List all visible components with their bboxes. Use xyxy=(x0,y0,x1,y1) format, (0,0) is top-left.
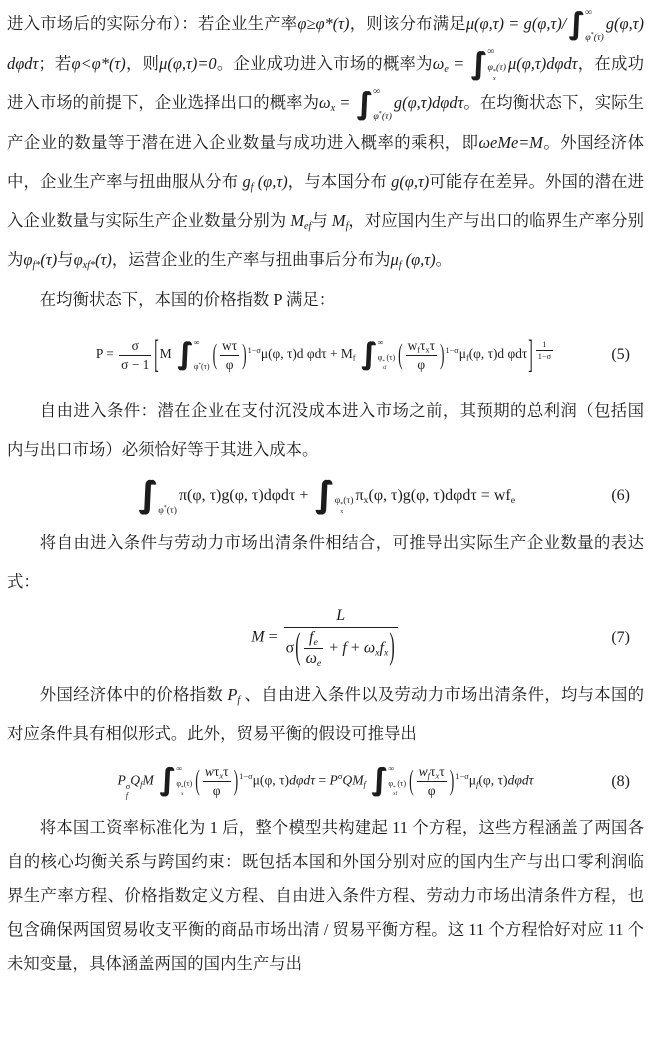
numerator: wfτxτ xyxy=(406,338,437,353)
double-integral: ∫∫∞φ*(τ) xyxy=(567,7,604,44)
math-variable: (φ,τ) xyxy=(254,172,288,191)
equation: PσfQfM ∫∫∞φ*x(τ)(wτxτφ)1−σμ(φ, τ)dφdτ = … xyxy=(7,755,644,809)
math-variable: = xyxy=(335,93,354,112)
text-run: μ xyxy=(469,772,476,787)
text-run: (τ) xyxy=(387,353,396,362)
math-variable: (τ) xyxy=(594,32,604,43)
text-run: (τ) xyxy=(343,495,353,506)
text-run: σ − 1 xyxy=(121,357,149,372)
equation-number: (6) xyxy=(611,487,630,505)
math-variable: μ(φ,τ) = g(φ,τ)/ xyxy=(466,14,567,33)
subscript: x xyxy=(340,509,343,516)
text-run: ∞ xyxy=(194,338,200,347)
denominator: σ(feωe + f + ωxfx) xyxy=(284,629,398,669)
math-variable: = xyxy=(449,54,469,73)
fraction: feωe xyxy=(304,629,324,669)
paragraph: 外国经济体中的价格指数 Pf 、自由进入条件以及劳动力市场出清条件，均与本国的对… xyxy=(7,675,644,753)
fraction: wτxτφ xyxy=(203,764,231,798)
fraction-bar xyxy=(203,781,231,782)
text-run xyxy=(366,772,369,787)
text-run: 。 xyxy=(436,250,452,269)
denominator: φ xyxy=(415,357,427,372)
stretch-bracket: ) xyxy=(242,341,246,369)
equation: M = Lσ(feωe + f + ωxfx)(7) xyxy=(7,603,644,673)
fraction-bar xyxy=(417,781,447,782)
text-run: ，与本国分布 xyxy=(288,172,391,191)
text-run: (τ) xyxy=(201,362,210,371)
text-run: 1−σ xyxy=(538,352,551,361)
text-run: 自由进入条件：潜在企业在支付沉没成本进入市场之前，其预期的总利润（包括国内与出口… xyxy=(7,401,644,459)
text-run: π xyxy=(355,487,363,504)
text-run: ，运营企业的生产率与扭曲事后分布为 xyxy=(112,250,391,269)
double-integral: ∫∫φ*x(τ) xyxy=(313,476,353,517)
text-run: (φ, τ) xyxy=(478,772,507,787)
double-integral: ∫∫∞φ*(τ) xyxy=(355,86,392,123)
text-run: P = xyxy=(96,346,117,361)
paragraph: 将本国工资率标准化为 1 后，整个模型共构建起 11 个方程，这些方程涵盖了两国… xyxy=(7,811,644,981)
double-integral: ∫∫∞φ*xf(τ) xyxy=(370,764,406,799)
integral-limits: ∞φ*xf(τ) xyxy=(388,764,406,799)
math-variable: w xyxy=(205,764,214,779)
equation-content: ∫∫φ*(τ)π(φ, τ)g(φ, τ)dφdτ + ∫∫φ*x(τ)πx(φ… xyxy=(136,476,515,517)
double-integral: ∫∫∞φ*x(τ) xyxy=(470,46,507,83)
text-run: ∞ xyxy=(378,338,384,347)
text-run: 进入市场后的实际分布）：若企业生产率 xyxy=(7,14,297,33)
math-variable: P xyxy=(227,685,237,704)
numerator: L xyxy=(334,607,347,625)
text-run: + xyxy=(325,639,342,656)
math-variable: e xyxy=(317,658,321,669)
document-page: 进入市场后的实际分布）：若企业生产率φ≥φ*(τ)，则该分布满足μ(φ,τ) =… xyxy=(0,0,651,1041)
text-run: * xyxy=(382,360,384,365)
denominator: ωe xyxy=(304,650,324,668)
text-run: ，则该分布满足 xyxy=(350,14,466,33)
math-variable: Q xyxy=(130,772,140,787)
text-run: 1 xyxy=(542,340,546,349)
math-variable: g(φ,τ)dφdτ xyxy=(394,93,463,112)
equation-content: PσfQfM ∫∫∞φ*x(τ)(wτxτφ)1−σμ(φ, τ)dφdτ = … xyxy=(117,764,533,801)
text-run: e xyxy=(511,495,515,506)
numerator: fe xyxy=(307,629,320,647)
math-variable: M xyxy=(251,629,264,646)
denominator: 1−σ xyxy=(536,352,553,361)
fraction-bar xyxy=(220,355,239,356)
text-run: φ xyxy=(428,783,436,798)
subscript: e xyxy=(511,495,515,506)
equation-number: (8) xyxy=(611,773,630,791)
paragraph: 自由进入条件：潜在企业在支付沉没成本进入市场之前，其预期的总利润（包括国内与出口… xyxy=(7,391,644,469)
integral-limits: ∞φ*(τ) xyxy=(585,7,604,44)
fraction-bar xyxy=(284,627,398,628)
text-run: w xyxy=(408,338,418,353)
upper-limit: ∞ xyxy=(176,765,192,773)
upper-limit: ∞ xyxy=(388,765,406,773)
subscript: xf xyxy=(393,792,397,798)
math-variable: ω xyxy=(319,93,331,112)
math-variable: w xyxy=(419,764,428,779)
text-run: φ xyxy=(213,783,221,798)
text-run: 1−σ xyxy=(248,346,261,355)
text-run: μ(φ, τ) xyxy=(253,772,289,787)
text-run: ，则 xyxy=(126,54,159,73)
superscript: 11−σ xyxy=(534,346,555,355)
text-run: (φ, τ)d φdτ xyxy=(469,346,528,361)
text-run: x xyxy=(340,509,343,515)
math-variable: x xyxy=(384,647,388,658)
integral-limits: ∞φ*(τ) xyxy=(373,86,392,123)
text-run: τ xyxy=(223,764,228,779)
math-variable: (τ) xyxy=(40,250,57,269)
double-integral-icon: ∫∫ xyxy=(158,765,176,797)
math-variable: φ<φ*(τ) xyxy=(72,54,126,73)
paragraph: 进入市场后的实际分布）：若企业生产率φ≥φ*(τ)，则该分布满足μ(φ,τ) =… xyxy=(7,4,644,279)
numerator: wτxτ xyxy=(203,764,231,780)
text-run: σ xyxy=(132,338,139,353)
upper-limit: ∞ xyxy=(378,339,395,347)
lower-limit: φ*(τ) xyxy=(194,363,210,371)
stretch-bracket: [ xyxy=(154,336,158,375)
subscript: x xyxy=(493,76,496,83)
math-variable: M xyxy=(332,211,346,230)
text-run xyxy=(356,346,359,361)
lower-limit: φ*x(τ) xyxy=(176,780,192,797)
integral-limits: φ*x(τ) xyxy=(335,476,354,517)
numerator: σ xyxy=(130,338,141,353)
text-run: 。企业成功进入市场的概率为 xyxy=(217,54,433,73)
fraction-bar xyxy=(406,355,437,356)
stretch-bracket: ) xyxy=(389,630,394,667)
superscript: 1−σ xyxy=(248,346,261,355)
fraction: Lσ(feωe + f + ωxfx) xyxy=(284,607,398,668)
math-variable: L xyxy=(336,607,345,624)
stretch-bracket: ( xyxy=(295,630,300,667)
math-variable: φ xyxy=(74,250,83,269)
denominator: σ − 1 xyxy=(119,357,151,372)
integral-limits: ∞φ*(τ) xyxy=(194,338,210,372)
fraction: wfτxτφ xyxy=(406,338,437,372)
fraction-bar xyxy=(304,648,324,649)
superscript: 1−σ xyxy=(239,771,253,781)
text-run: xf xyxy=(393,791,397,797)
text-run: 1−σ xyxy=(445,346,458,355)
math-variable: e xyxy=(313,637,317,648)
stretch-bracket: ) xyxy=(234,767,239,796)
text-run: = xyxy=(265,629,282,646)
subscript: xf xyxy=(382,366,386,371)
superscript: 1−σ xyxy=(445,346,458,355)
numerator: wfτxτ xyxy=(417,764,447,780)
paragraph: 在均衡状态下，本国的价格指数 P 满足： xyxy=(7,280,644,319)
math-variable: f xyxy=(126,790,128,800)
text-run: 将自由进入条件与劳动力市场出清条件相结合，可推导出实际生产企业数量的表达式： xyxy=(7,533,644,591)
text-run xyxy=(154,772,157,787)
math-variable: x xyxy=(493,76,496,82)
fraction-bar xyxy=(536,350,553,351)
math-variable: φ≥φ*(τ) xyxy=(297,14,349,33)
math-variable: P xyxy=(330,772,338,787)
text-run: M xyxy=(160,346,175,361)
equation-content: P = σσ − 1[M ∫∫∞φ*(τ)(wτφ)1−σμ(φ, τ)d φd… xyxy=(96,338,555,372)
lower-limit: φ*x(τ) xyxy=(487,63,506,83)
double-integral: ∫∫φ*(τ) xyxy=(137,476,177,517)
numerator: wτ xyxy=(220,338,239,353)
math-variable: ω xyxy=(364,639,375,656)
text-run: μ(φ, τ)d φdτ + M xyxy=(261,346,353,361)
equation: ∫∫φ*(τ)π(φ, τ)g(φ, τ)dφdτ + ∫∫φ*x(τ)πx(φ… xyxy=(7,471,644,521)
upper-limit: ∞ xyxy=(585,8,604,18)
text-run: 在均衡状态下，本国的价格指数 P 满足： xyxy=(40,290,335,309)
text-run: (τ) xyxy=(167,505,177,516)
lower-limit: φ*xf(τ) xyxy=(378,354,395,371)
math-variable: ωeMe=M xyxy=(478,133,543,152)
math-variable: μ xyxy=(391,250,399,269)
stretch-bracket: ) xyxy=(440,341,444,369)
stretch-bracket: ( xyxy=(409,767,414,796)
fraction: σσ − 1 xyxy=(119,338,151,372)
denominator: φ xyxy=(224,357,236,372)
integral-limits: ∞φ*x(τ) xyxy=(487,46,506,83)
stretch-bracket: ( xyxy=(213,341,217,369)
text-run: + xyxy=(347,639,364,656)
text-run: τ xyxy=(430,338,435,353)
denominator: φ xyxy=(426,783,438,799)
fraction-bar xyxy=(119,355,151,356)
double-integral-icon: ∫∫ xyxy=(567,9,585,41)
fraction: 11−σ xyxy=(536,340,553,361)
double-integral-icon: ∫∫ xyxy=(355,89,373,121)
math-variable: μ(φ,τ)=0 xyxy=(159,54,216,73)
integral-limits: ∞φ*x(τ) xyxy=(176,764,192,799)
math-variable: (φ,τ) xyxy=(402,250,436,269)
double-integral-icon: ∫∫ xyxy=(313,477,334,515)
equation: P = σσ − 1[M ∫∫∞φ*(τ)(wτφ)1−σμ(φ, τ)d φd… xyxy=(7,321,644,389)
upper-limit: ∞ xyxy=(373,87,392,97)
lower-limit: φ*x(τ) xyxy=(335,496,354,515)
double-integral-icon: ∫∫ xyxy=(360,339,378,371)
double-integral-icon: ∫∫ xyxy=(137,477,158,515)
math-variable: ∞ xyxy=(585,7,592,18)
upper-limit: ∞ xyxy=(194,339,210,347)
math-variable: ω xyxy=(306,650,317,667)
superscript: 1−σ xyxy=(455,771,469,781)
subscript: f xyxy=(126,791,128,800)
text-run: 与 xyxy=(311,211,332,230)
text-run: τ xyxy=(439,764,444,779)
stretch-bracket: ) xyxy=(450,767,455,796)
text-run: 1−σ xyxy=(455,771,469,781)
text-run: (φ, τ)g(φ, τ)dφdτ = wf xyxy=(368,487,510,504)
text-run: σ xyxy=(286,639,295,656)
text-run: μ xyxy=(459,346,466,361)
math-variable: (τ) xyxy=(382,111,392,122)
math-variable: (τ) xyxy=(95,250,112,269)
math-variable: xf* xyxy=(83,260,95,271)
text-run: x xyxy=(181,791,184,797)
document-body: 进入市场后的实际分布）：若企业生产率φ≥φ*(τ)，则该分布满足μ(φ,τ) =… xyxy=(7,4,644,981)
text-run: wτ xyxy=(222,338,237,353)
math-variable: (τ) xyxy=(496,62,506,73)
double-integral: ∫∫∞φ*(τ) xyxy=(176,338,210,372)
upper-limit: ∞ xyxy=(487,47,506,57)
text-run: (τ) xyxy=(397,779,406,788)
math-variable: M xyxy=(290,211,304,230)
lower-limit: φ*(τ) xyxy=(373,112,392,122)
subscript: x xyxy=(384,647,388,658)
math-variable: ∞ xyxy=(373,86,380,97)
stretch-bracket: ( xyxy=(398,341,402,369)
math-variable: M xyxy=(142,772,153,787)
denominator: φ xyxy=(211,783,223,799)
subscript: x xyxy=(181,792,184,798)
math-variable: dφdτ xyxy=(289,772,315,787)
double-integral-icon: ∫∫ xyxy=(370,765,388,797)
subscript: e xyxy=(317,658,321,669)
double-integral-icon: ∫∫ xyxy=(470,49,488,81)
text-run: π(φ, τ)g(φ, τ)dφdτ + xyxy=(179,487,312,504)
fraction: wτφ xyxy=(220,338,239,372)
lower-limit: φ*(τ) xyxy=(585,33,604,43)
equation-number: (5) xyxy=(611,346,630,364)
subscript: e xyxy=(313,637,317,648)
paragraph: 将自由进入条件与劳动力市场出清条件相结合，可推导出实际生产企业数量的表达式： xyxy=(7,523,644,601)
equation-content: M = Lσ(feωe + f + ωxfx) xyxy=(251,607,399,668)
math-variable: g(φ,τ) xyxy=(391,172,429,191)
math-variable: ω xyxy=(433,54,445,73)
text-run: 1−σ xyxy=(239,771,253,781)
stretch-bracket: ( xyxy=(195,767,200,796)
integral-limits: φ*(τ) xyxy=(158,476,177,517)
double-integral: ∫∫∞φ*xf(τ) xyxy=(360,338,395,372)
text-run: (τ) xyxy=(184,779,193,788)
text-run: 与 xyxy=(57,250,73,269)
math-variable: QM xyxy=(342,772,363,787)
text-run: ∞ xyxy=(176,764,182,773)
math-variable: ∞ xyxy=(487,46,494,57)
text-run: = xyxy=(315,772,329,787)
integral-limits: ∞φ*xf(τ) xyxy=(378,338,395,372)
text-run: 将本国工资率标准化为 1 后，整个模型共构建起 11 个方程，这些方程涵盖了两国… xyxy=(7,818,644,973)
text-run: xf xyxy=(382,366,386,371)
text-run: ；若 xyxy=(38,54,71,73)
lower-limit: φ*(τ) xyxy=(158,506,177,516)
lower-limit: φ*xf(τ) xyxy=(388,780,406,797)
subscript: xf* xyxy=(83,260,95,271)
math-variable: P xyxy=(117,772,125,787)
fraction: wfτxτφ xyxy=(417,764,447,798)
equation-number: (7) xyxy=(611,629,630,647)
stretch-bracket: ] xyxy=(528,336,532,375)
text-run: 外国经济体中的价格指数 xyxy=(40,685,228,704)
double-integral: ∫∫∞φ*x(τ) xyxy=(158,764,192,799)
text-run: ∞ xyxy=(388,764,394,773)
math-variable: μ(φ,τ)dφdτ xyxy=(508,54,578,73)
double-integral-icon: ∫∫ xyxy=(176,339,194,371)
math-variable: g xyxy=(242,172,250,191)
math-variable: dφdτ xyxy=(508,772,534,787)
text-run: φ xyxy=(226,357,234,372)
numerator: 1 xyxy=(540,340,548,349)
text-run: φ xyxy=(417,357,425,372)
